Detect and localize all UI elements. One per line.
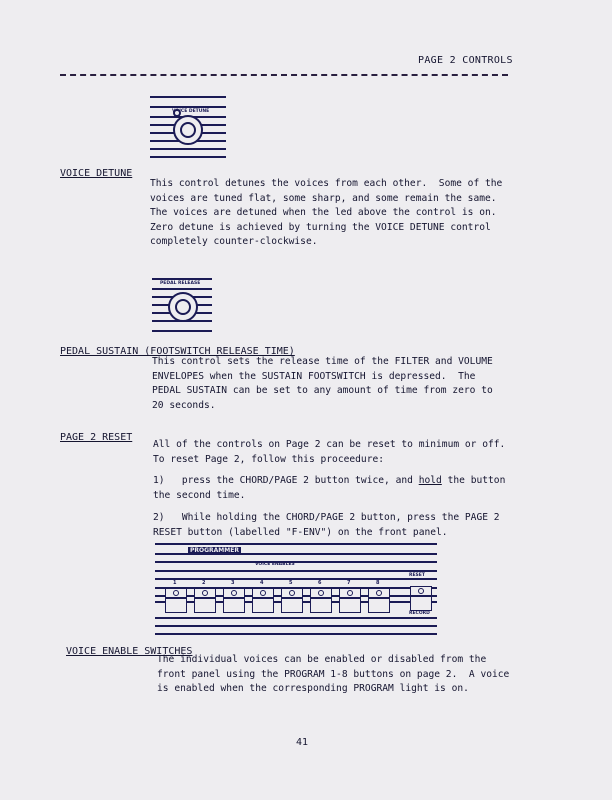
program-button-6[interactable] bbox=[310, 588, 332, 614]
led-icon bbox=[202, 590, 208, 596]
led-icon bbox=[289, 590, 295, 596]
section-body-page2-reset-step1: 1) press the CHORD/PAGE 2 button twice, … bbox=[153, 474, 505, 503]
section-body-page2-reset-step2: 2) While holding the CHORD/PAGE 2 button… bbox=[153, 511, 500, 540]
program-button-4[interactable] bbox=[252, 588, 274, 614]
program-button-7[interactable] bbox=[339, 588, 361, 614]
section-body-voice-detune: This control detunes the voices from eac… bbox=[150, 177, 502, 250]
program-button-8[interactable] bbox=[368, 588, 390, 614]
pedal-release-diagram: PEDAL RELEASE bbox=[152, 278, 212, 330]
program-button-number: 6 bbox=[318, 580, 321, 586]
led-icon bbox=[260, 590, 266, 596]
voice-enables-label: VOICE ENABLES bbox=[255, 562, 295, 567]
led-icon bbox=[173, 109, 181, 117]
knob-icon bbox=[168, 292, 198, 322]
programmer-title: PROGRAMMER bbox=[188, 547, 241, 554]
header-divider bbox=[60, 74, 508, 76]
program-button-5[interactable] bbox=[281, 588, 303, 614]
program-button-number: 7 bbox=[347, 580, 350, 586]
program-button-number: 4 bbox=[260, 580, 263, 586]
pedal-release-label: PEDAL RELEASE bbox=[160, 281, 200, 286]
program-button-1[interactable] bbox=[165, 588, 187, 614]
led-icon bbox=[376, 590, 382, 596]
program-button-number: 8 bbox=[376, 580, 379, 586]
record-label: RECORD bbox=[409, 611, 430, 616]
program-button-number: 3 bbox=[231, 580, 234, 586]
section-heading-voice-detune: VOICE DETUNE bbox=[60, 168, 132, 179]
section-body-page2-reset-intro: All of the controls on Page 2 can be res… bbox=[153, 438, 505, 467]
page-header-title: PAGE 2 CONTROLS bbox=[418, 55, 513, 66]
program-button-2[interactable] bbox=[194, 588, 216, 614]
reset-record-button[interactable] bbox=[410, 586, 432, 612]
program-button-number: 2 bbox=[202, 580, 205, 586]
programmer-diagram: PROGRAMMER VOICE ENABLES 12345678 RESET … bbox=[155, 543, 437, 633]
reset-label: RESET bbox=[409, 573, 425, 578]
program-button-3[interactable] bbox=[223, 588, 245, 614]
led-icon bbox=[231, 590, 237, 596]
page-number: 41 bbox=[296, 737, 308, 748]
section-body-voice-enable: The individual voices can be enabled or … bbox=[157, 653, 509, 697]
voice-detune-diagram: VOICE DETUNE bbox=[150, 96, 226, 156]
section-heading-page2-reset: PAGE 2 RESET bbox=[60, 432, 132, 443]
program-button-number: 5 bbox=[289, 580, 292, 586]
led-icon bbox=[347, 590, 353, 596]
knob-icon bbox=[173, 115, 203, 145]
section-body-pedal-sustain: This control sets the release time of th… bbox=[152, 355, 493, 413]
program-button-number: 1 bbox=[173, 580, 176, 586]
led-icon bbox=[318, 590, 324, 596]
led-icon bbox=[173, 590, 179, 596]
